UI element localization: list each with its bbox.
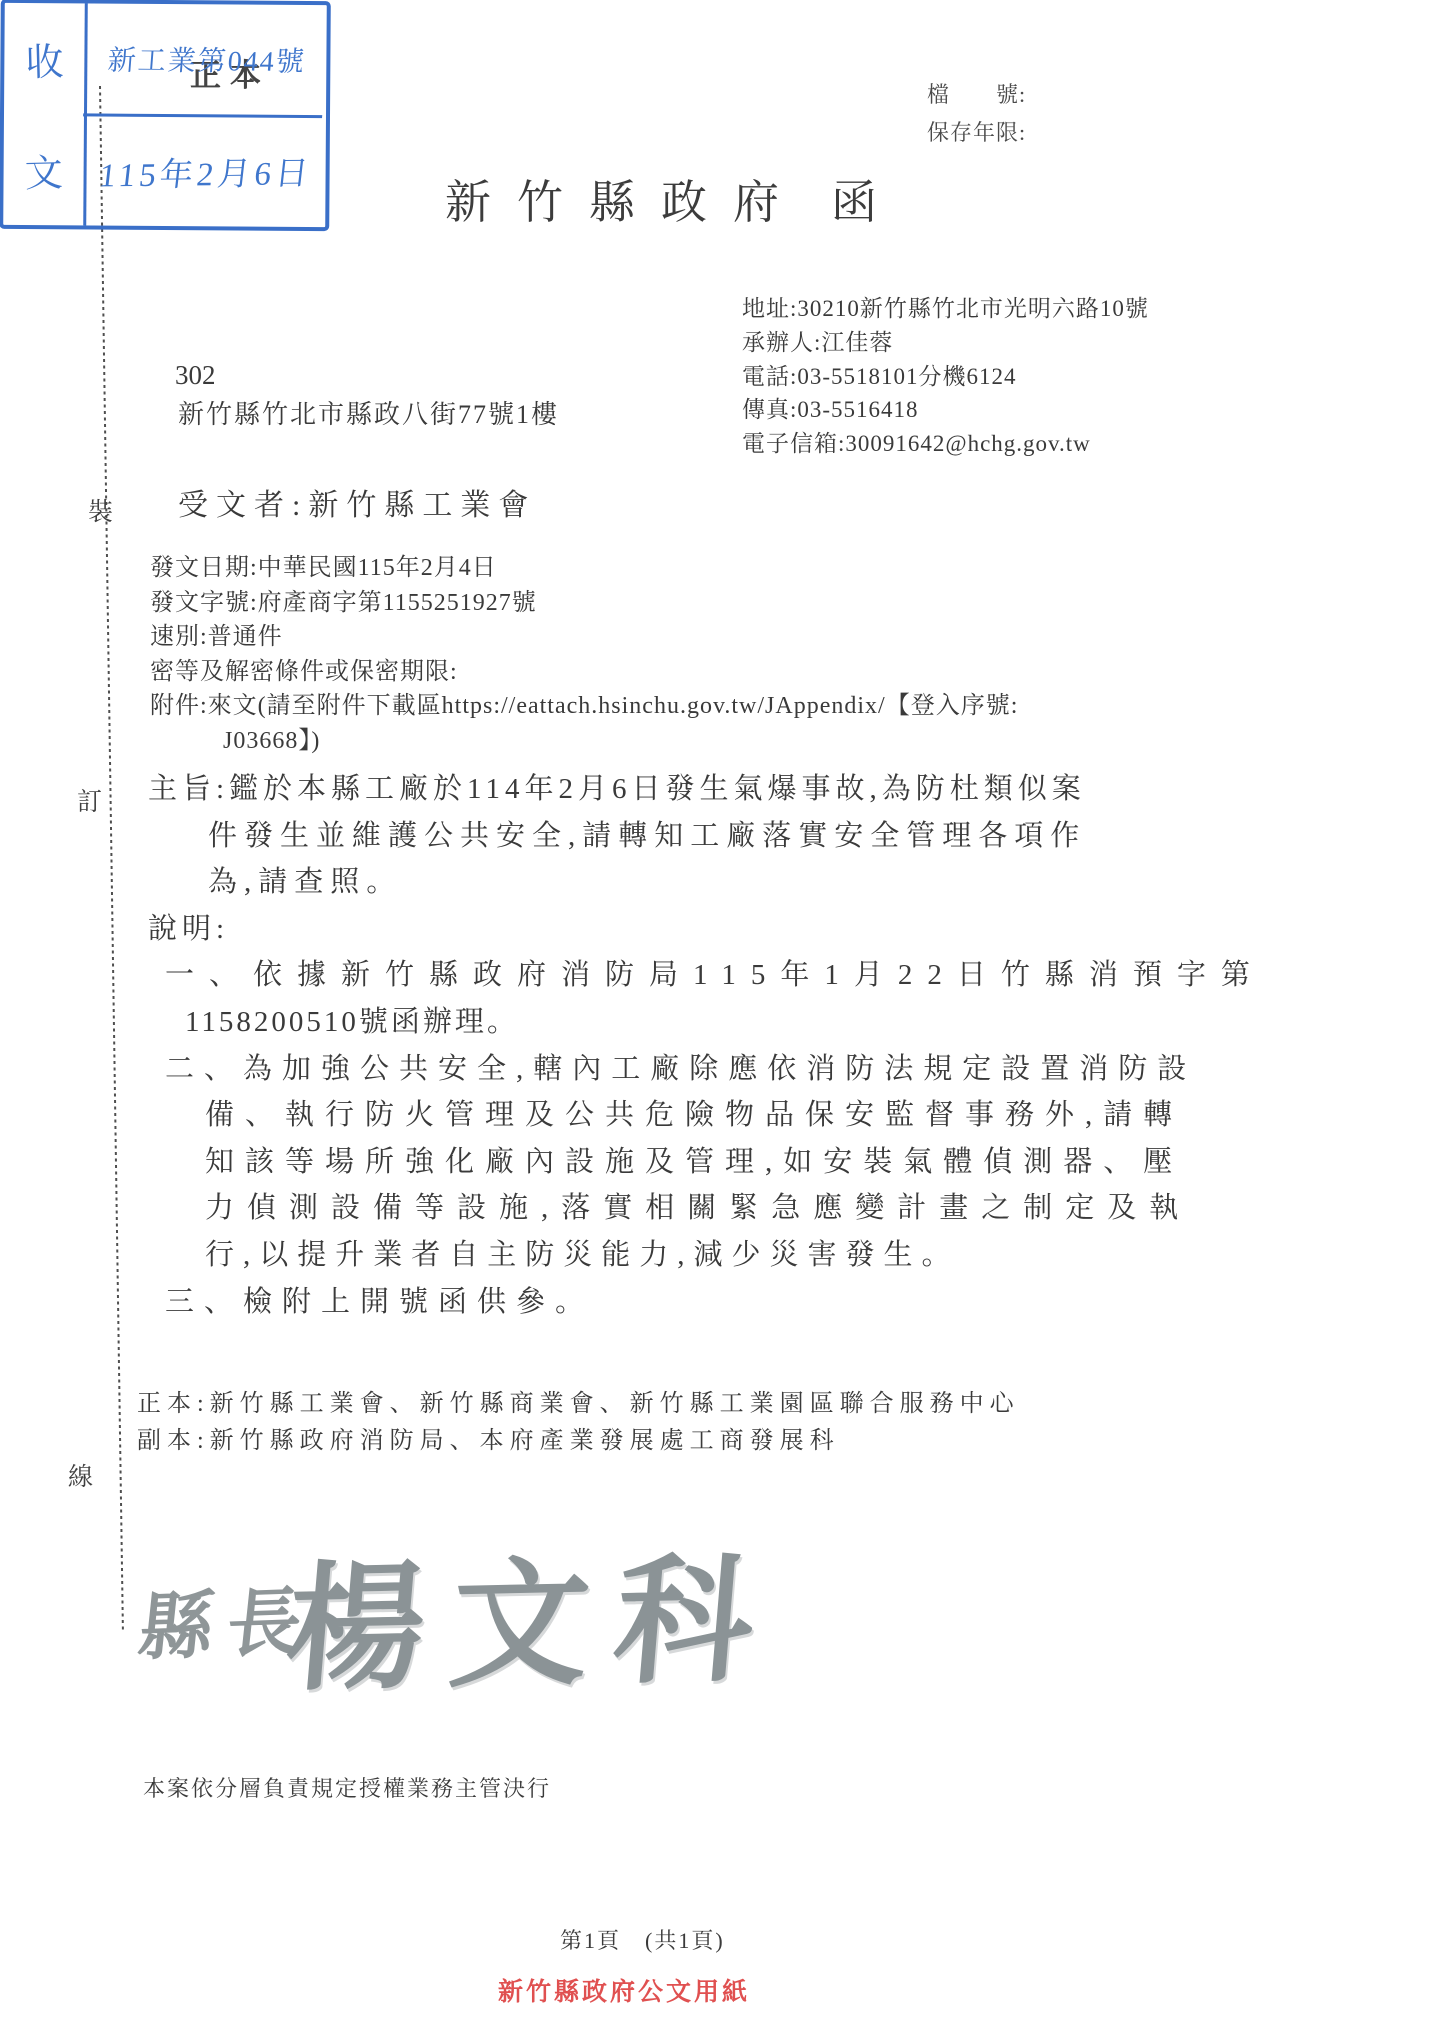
dispatch-attachment-line2: J03668】)	[223, 724, 1018, 759]
dispatch-attachment-line1: 附件:來文(請至附件下載區https://eattach.hsinchu.gov…	[150, 689, 1018, 724]
recipient-zip: 302	[175, 360, 216, 391]
distribution-copy: 副本:新竹縣政府消防局、本府產業發展處工商發展科	[137, 1423, 1020, 1460]
explanation-heading: 說明:	[148, 906, 1440, 953]
receipt-stamp-left-column: 收 文	[3, 3, 88, 226]
dispatch-meta-block: 發文日期:中華民國115年2月4日 發文字號:府產商字第1155251927號 …	[150, 551, 1018, 758]
official-paper-label: 新竹縣政府公文用紙	[498, 1972, 750, 2008]
retention-label: 保存年限:	[927, 114, 1026, 152]
stamp-doc-number: 新工業第044號	[83, 3, 331, 117]
page-number: 第1頁 (共1頁)	[560, 1924, 725, 1955]
explanation-item2-line: 知該等場所強化廠內設施及管理,如安裝氣體偵測器、壓	[205, 1139, 1440, 1186]
delegation-note: 本案依分層負責規定授權業務主管決行	[143, 1772, 551, 1803]
explanation-item1-line: 一、依據新竹縣政府消防局115年1月22日竹縣消預字第	[165, 952, 1440, 999]
sender-email: 電子信箱:30091642@hchg.gov.tw	[742, 427, 1149, 461]
binding-char-zhuang: 裝	[88, 492, 113, 528]
dispatch-security: 密等及解密條件或保密期限:	[150, 655, 1018, 690]
dispatch-date: 發文日期:中華民國115年2月4日	[150, 551, 1018, 586]
document-title: 新竹縣政府函	[445, 166, 877, 232]
distribution-original: 正本:新竹縣工業會、新竹縣商業會、新竹縣工業園區聯合服務中心	[137, 1386, 1020, 1423]
recipient-line: 受文者:新竹縣工業會	[178, 480, 536, 524]
explanation-item2-line: 二、為加強公共安全,轄內工廠除應依消防法規定設置消防設	[165, 1046, 1440, 1093]
document-title-agency: 新竹縣政府	[445, 177, 805, 228]
binding-char-xian: 線	[68, 1457, 93, 1493]
recipient-address: 新竹縣竹北市縣政八街77號1樓	[178, 394, 559, 431]
explanation-item2-line: 力偵測設備等設施,落實相關緊急應變計畫之制定及執	[205, 1185, 1440, 1232]
stamp-date: 115年2月6日	[80, 116, 332, 228]
sender-address: 地址:30210新竹縣竹北市光明六路10號	[742, 292, 1149, 326]
document-title-type: 函	[831, 177, 877, 228]
explanation-item2-line: 行,以提升業者自主防災能力,減少災害發生。	[205, 1232, 1440, 1279]
archive-labels: 檔 號: 保存年限:	[927, 76, 1026, 152]
sender-phone: 電話:03-5518101分機6124	[742, 360, 1149, 394]
dispatch-speed: 速別:普通件	[150, 620, 1018, 655]
explanation-item2-line: 備、執行防火管理及公共危險物品保安監督事務外,請轉	[205, 1092, 1440, 1139]
signature-name-calligraphy: 楊文科	[280, 1509, 789, 1718]
stamp-char-receive: 收	[25, 31, 65, 87]
distribution-block: 正本:新竹縣工業會、新竹縣商業會、新竹縣工業園區聯合服務中心 副本:新竹縣政府消…	[137, 1386, 1020, 1460]
subject-line: 為,請查照。	[208, 859, 1440, 906]
subject-line: 件發生並維護公共安全,請轉知工廠落實安全管理各項作	[208, 813, 1440, 860]
explanation-item3-line: 三、檢附上開號函供參。	[165, 1279, 1440, 1326]
sender-contact-block: 地址:30210新竹縣竹北市光明六路10號 承辦人:江佳蓉 電話:03-5518…	[742, 292, 1149, 461]
letter-body: 主旨:鑑於本縣工廠於114年2月6日發生氣爆事故,為防杜類似案 件發生並維護公共…	[0, 766, 1440, 1325]
explanation-item1-line: 1158200510號函辦理。	[185, 999, 1440, 1046]
receipt-stamp: 收 文 新工業第044號 115年2月6日	[0, 0, 331, 231]
dispatch-doc-number: 發文字號:府產商字第1155251927號	[150, 586, 1018, 621]
stamp-char-document: 文	[24, 142, 64, 198]
official-letter-page: 裝 訂 線 正本 檔 號: 保存年限: 收 文 新工業第044號 115年2月6…	[0, 0, 1440, 2037]
file-no-label: 檔 號:	[927, 76, 1026, 114]
receipt-stamp-right-column: 新工業第044號 115年2月6日	[86, 3, 327, 227]
subject-line: 主旨:鑑於本縣工廠於114年2月6日發生氣爆事故,為防杜類似案	[148, 766, 1440, 813]
sender-contact-person: 承辦人:江佳蓉	[742, 326, 1149, 360]
sender-fax: 傳真:03-5516418	[742, 393, 1149, 427]
